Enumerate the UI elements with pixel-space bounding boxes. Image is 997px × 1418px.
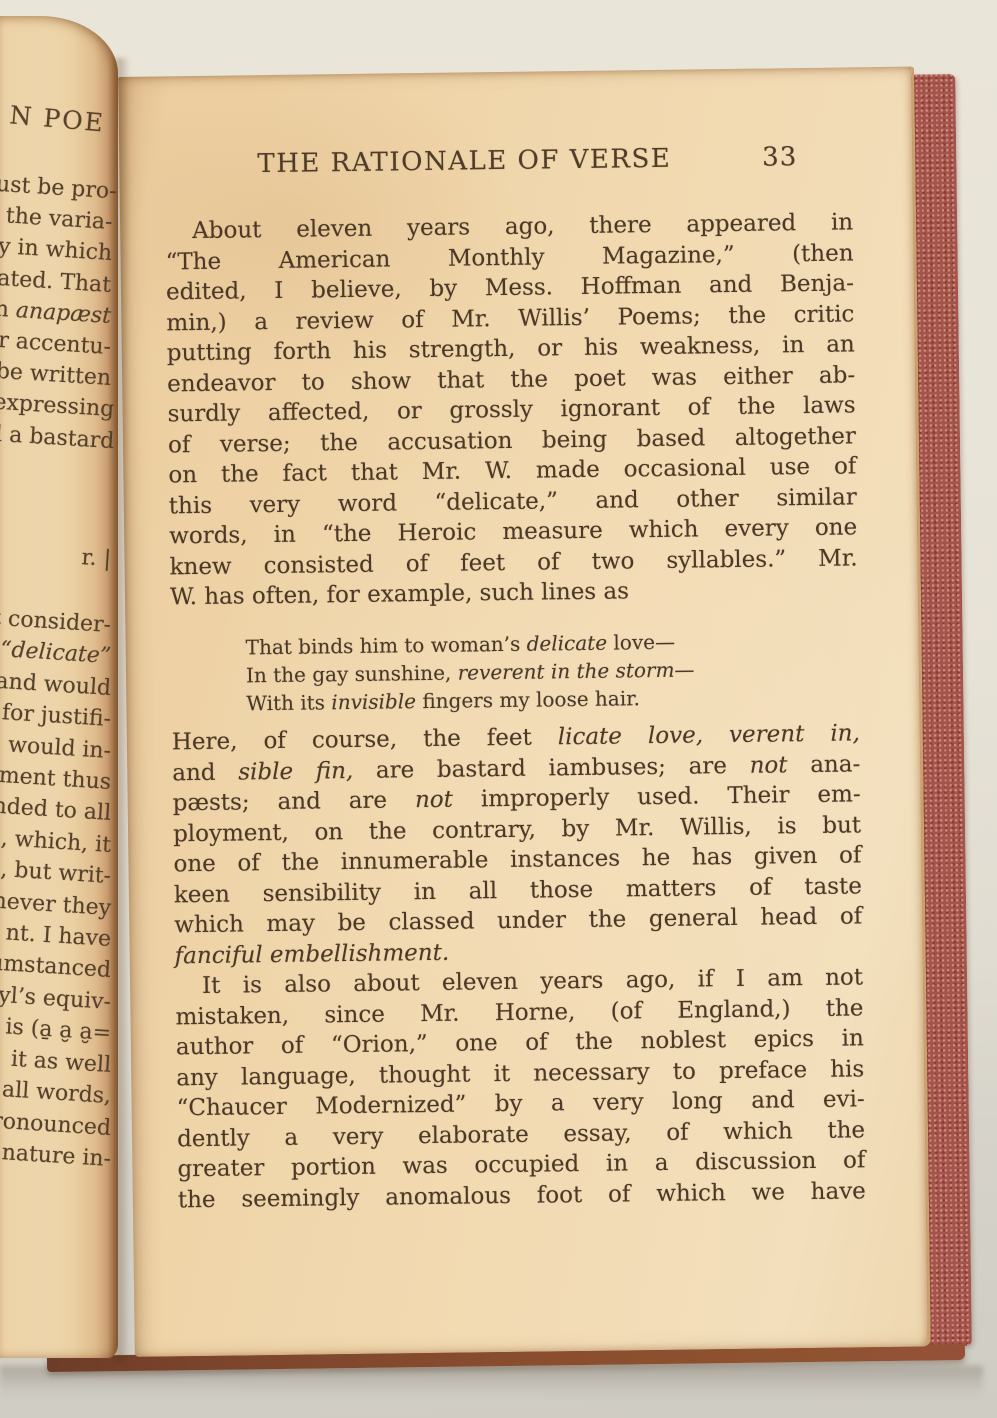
running-head: THE RATIONALE OF VERSE 33 [164, 141, 852, 186]
gutter-shadow [110, 58, 130, 1362]
book-right-assembly: THE RATIONALE OF VERSE 33 About eleven y… [0, 0, 997, 1418]
page-number: 33 [762, 142, 797, 172]
paragraph-3: It is also about eleven years ago, if I … [175, 962, 866, 1215]
book-page-right: THE RATIONALE OF VERSE 33 About eleven y… [118, 67, 931, 1357]
left-page-fragments-top: must be pro-or the varia-lity in whichia… [0, 176, 111, 457]
text-line: r. | [0, 535, 112, 575]
photo-background: THE RATIONALE OF VERSE 33 About eleven y… [0, 0, 997, 1418]
book-page-left: N POE must be pro-or the varia-lity in w… [0, 16, 118, 1358]
left-page-fragment-mid: r. | [0, 544, 111, 575]
verse-quote: That binds him to woman’s delicate love—… [245, 625, 819, 717]
paragraph-1: About eleven years ago, there appeared i… [165, 207, 858, 612]
left-page-fragments-bottom: st consider-“delicate”and wouldfor justi… [0, 610, 111, 1175]
paragraph-2: Here, of course, the feet licate love, v… [172, 718, 863, 971]
page-text-column: About eleven years ago, there appeared i… [165, 207, 866, 1215]
page-heading: THE RATIONALE OF VERSE [120, 142, 808, 181]
